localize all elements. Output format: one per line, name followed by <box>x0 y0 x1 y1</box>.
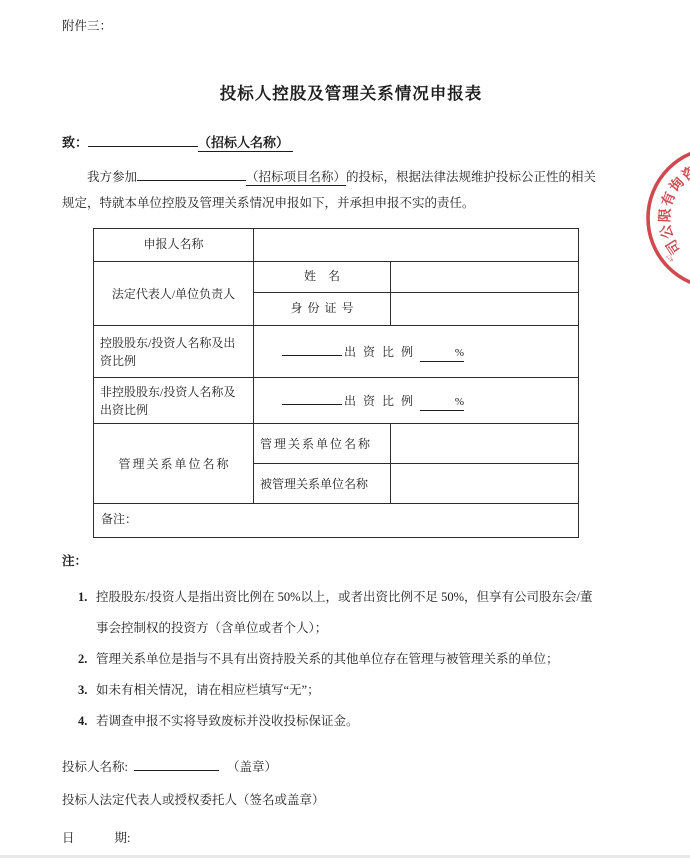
remarks-label: 备注： <box>101 512 137 526</box>
date-line: 日期: <box>62 828 131 846</box>
attachment-label: 附件三： <box>62 16 112 34</box>
non-holding-name-blank <box>282 391 342 405</box>
remarks-cell: 备注： <box>94 504 579 538</box>
stamp-arc-char: 公 <box>658 222 677 241</box>
date-label-left: 日 <box>62 831 75 845</box>
ratio-label: 出资比例 <box>344 394 420 408</box>
note-text: 管理关系单位是指与不具有出资持股关系的其他单位存在管理与被管理关系的单位； <box>96 644 601 675</box>
note-item: 1. 控股股东/投资人是指出资比例在 50%以上，或者出资比例不足 50%，但享… <box>78 582 601 644</box>
note-text: 若调查申报不实将导致废标并没收投标保证金。 <box>96 706 601 737</box>
company-stamp: 咨询有限公司427 <box>644 142 690 294</box>
recipient-name-hint: （招标人名称） <box>198 135 293 152</box>
management-group-label-cell: 管理关系单位名称 <box>94 424 254 504</box>
note-item: 3. 如未有相关情况，请在相应栏填写“无”； <box>78 675 601 706</box>
bidder-name-blank <box>134 757 219 771</box>
note-number: 1. <box>78 582 96 644</box>
bidder-name-line: 投标人名称:（盖章） <box>62 757 277 775</box>
notes-label: 注： <box>62 551 87 569</box>
intro-lead: 我方参加 <box>87 170 137 184</box>
declarant-name-label-cell: 申报人名称 <box>94 229 254 262</box>
note-item: 4. 若调查申报不实将导致废标并没收投标保证金。 <box>78 706 601 737</box>
bidder-name-label: 投标人名称: <box>62 760 128 774</box>
managed-unit-label-cell: 被管理关系单位名称 <box>254 464 391 504</box>
id-number-value-cell <box>391 293 579 326</box>
name-value-cell <box>391 262 579 293</box>
note-number: 4. <box>78 706 96 737</box>
notes-list: 1. 控股股东/投资人是指出资比例在 50%以上，或者出资比例不足 50%，但享… <box>78 582 601 737</box>
managing-unit-value-cell <box>391 424 579 464</box>
managing-unit-label-cell: 管理关系单位名称 <box>254 424 391 464</box>
note-number: 2. <box>78 644 96 675</box>
seal-hint: （盖章） <box>227 760 277 774</box>
holding-shareholder-label: 控股股东/投资人名称及出资比例 <box>100 336 235 368</box>
page-title: 投标人控股及管理关系情况申报表 <box>62 80 640 104</box>
salutation-prefix: 致： <box>62 135 88 150</box>
id-number-label-cell: 身份证号 <box>254 293 391 326</box>
note-text: 如未有相关情况，请在相应栏填写“无”； <box>96 675 601 706</box>
declarant-name-label: 申报人名称 <box>143 237 203 251</box>
non-holding-ratio-cell: 出资比例% <box>254 378 579 424</box>
document-page: 附件三： 投标人控股及管理关系情况申报表 致：（招标人名称） 我方参加（招标项目… <box>0 0 690 858</box>
holding-name-blank <box>282 342 342 356</box>
stamp-arc-char: 司 <box>663 236 685 257</box>
stamp-arc-char: 咨 <box>679 163 690 185</box>
ratio-label: 出资比例 <box>344 345 420 359</box>
note-text: 控股股东/投资人是指出资比例在 50%以上，或者出资比例不足 50%，但享有公司… <box>96 582 601 644</box>
note-item: 2. 管理关系单位是指与不具有出资持股关系的其他单位存在管理与被管理关系的单位； <box>78 644 601 675</box>
project-name-blank <box>137 167 246 181</box>
name-label: 姓名 <box>304 269 352 283</box>
recipient-name-blank <box>88 132 198 147</box>
managed-unit-label: 被管理关系单位名称 <box>260 477 368 491</box>
managing-unit-label: 管理关系单位名称 <box>260 437 372 451</box>
id-number-label: 身份证号 <box>290 301 358 315</box>
legal-rep-label: 法定代表人/单位负责人 <box>112 287 235 301</box>
stamp-arc-char: 询 <box>666 174 688 196</box>
non-holding-shareholder-label: 非控股股东/投资人名称及出资比例 <box>100 385 235 417</box>
non-holding-percent-blank: % <box>420 396 464 411</box>
non-holding-shareholder-label-cell: 非控股股东/投资人名称及出资比例 <box>94 378 254 424</box>
legal-rep-signature-line: 投标人法定代表人或授权委托人（签名或盖章） <box>62 790 325 808</box>
holding-ratio-cell: 出资比例% <box>254 326 579 378</box>
holding-percent-blank: % <box>420 347 464 362</box>
company-stamp-graphic: 咨询有限公司427 <box>644 142 690 294</box>
stamp-arc-char: 限 <box>656 208 674 223</box>
declaration-table: 申报人名称 法定代表人/单位负责人 姓名 身份证号 控股股东/投资人名称及出资比… <box>93 228 579 538</box>
name-label-cell: 姓名 <box>254 262 391 293</box>
stamp-code: 427 <box>665 253 675 263</box>
salutation-line: 致：（招标人名称） <box>62 132 293 151</box>
stamp-circle <box>648 148 690 288</box>
declarant-name-value-cell <box>254 229 579 262</box>
project-name-hint: （招标项目名称） <box>246 170 346 186</box>
managed-unit-value-cell <box>391 464 579 504</box>
management-group-label: 管理关系单位名称 <box>118 457 230 471</box>
legal-rep-label-cell: 法定代表人/单位负责人 <box>94 262 254 326</box>
note-number: 3. <box>78 675 96 706</box>
date-label-right: 期: <box>115 831 131 845</box>
holding-shareholder-label-cell: 控股股东/投资人名称及出资比例 <box>94 326 254 378</box>
stamp-arc-char: 有 <box>658 189 679 208</box>
intro-paragraph: 我方参加（招标项目名称）的投标，根据法律法规维护投标公正性的相关规定，特就本单位… <box>62 164 607 216</box>
